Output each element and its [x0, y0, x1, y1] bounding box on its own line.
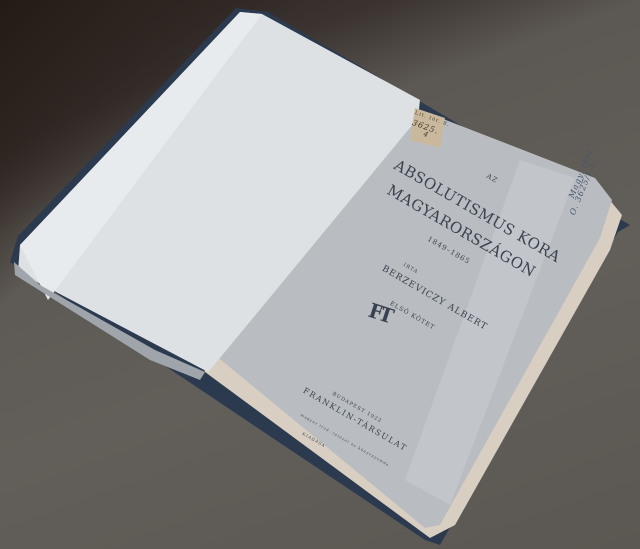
book-photo-scene: Lit. tör. 8. 3625. 4 AZ ABSOLUTISMUS KOR… — [0, 0, 640, 549]
book-illustration — [0, 0, 640, 549]
